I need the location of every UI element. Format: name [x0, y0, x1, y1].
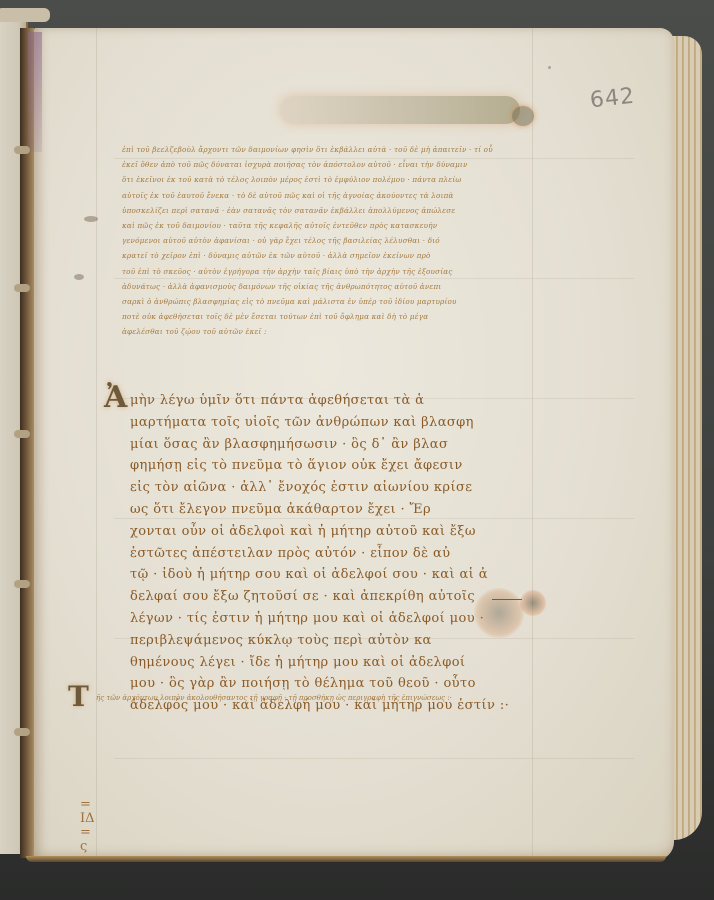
decorated-initial-alpha: Ἀ	[104, 380, 127, 415]
commentary-line: ἀφελέσθαι τοῦ ζῴου τοῦ αὐτῶν ἐκεῖ :	[122, 324, 552, 339]
page-bottom-edge	[26, 856, 666, 862]
lemma-line: μὴν λέγω ὑμῖν ὅτι πάντα ἀφεθήσεται τὰ ἁ	[130, 390, 550, 412]
reference-mark-stain	[520, 590, 546, 616]
binding-stitch	[14, 580, 30, 588]
gospel-lemma-text: μὴν λέγω ὑμῖν ὅτι πάντα ἀφεθήσεται τὰ ἁ …	[130, 390, 550, 717]
lemma-line: χονται οὖν οἱ ἀδελφοὶ καὶ ἡ μήτηρ αὐτοῦ …	[130, 521, 550, 543]
lemma-line: ἑστῶτες ἀπέστειλαν πρὸς αὐτόν · εἶπον δὲ…	[130, 543, 550, 565]
folio-number: 642	[589, 84, 636, 114]
erased-headpiece	[280, 96, 520, 124]
ink-stain	[474, 588, 524, 638]
commentary-line: κρατεῖ τὸ χεῖρον ἐπὶ · δύναμις αὐτῶν ἐκ …	[122, 248, 552, 263]
lemma-line: τῷ · ἰδοὺ ἡ μήτηρ σου καὶ οἱ ἀδελφοί σου…	[130, 564, 550, 586]
ruling-margin-left	[96, 28, 97, 860]
binding-stitch	[14, 728, 30, 736]
commentary-line: ὑποσκελίζει περὶ σατανᾶ · ἐὰν σατανᾶς τὸ…	[122, 203, 552, 218]
lemma-line: μίαι ὅσας ἂν βλασφημήσωσιν · ὃς δ᾽ ἂν βλ…	[130, 434, 550, 456]
manuscript-page: 642 ἐπὶ τοῦ βεελζεβοὺλ ἄρχοντι τῶν δαιμο…	[34, 28, 674, 860]
commentary-line: γενόμενοι αὐτοῦ αὐτὸν ἀφανίσαι · οὐ γὰρ …	[122, 233, 552, 248]
lemma-line: μου · ὃς γὰρ ἂν ποιήσῃ τὸ θέλημα τοῦ θεο…	[130, 673, 550, 695]
margin-note-line: ς	[80, 840, 95, 854]
lemma-line: φημήσῃ εἰς τὸ πνεῦμα τὸ ἅγιον οὐκ ἔχει ἄ…	[130, 455, 550, 477]
ruling-line	[114, 758, 634, 759]
commentary-line: ποτὲ οὐκ ἀφεθήσεται τοῖς δὲ μὲν ἔσεται τ…	[122, 309, 552, 324]
reference-mark-line	[492, 599, 522, 600]
decorated-initial-tau: Τ	[68, 680, 89, 713]
binding-stitch	[14, 284, 30, 292]
lemma-line: μαρτήματα τοῖς υἱοῖς τῶν ἀνθρώπων καὶ βλ…	[130, 412, 550, 434]
catena-commentary-upper: ἐπὶ τοῦ βεελζεβοὺλ ἄρχοντι τῶν δαιμονίων…	[122, 142, 552, 340]
margin-note-line: =	[80, 826, 95, 840]
parchment-spot	[548, 66, 551, 69]
commentary-line: σαρκὶ ὁ ἀνθρώπις βλασφημίας εἰς τὸ πνεῦμ…	[122, 294, 552, 309]
commentary-line: τοῦ ἐπὶ τὸ σκεῦος · αὐτὸν ἐγρήγορα τὴν ἀ…	[122, 264, 552, 279]
quire-margin-note: = ΙΔ = ς	[80, 798, 95, 854]
commentary-line: ὅτι ἐκεῖνοι ἐκ τοῦ κατὰ τὸ τέλος λοιπὸν …	[122, 172, 552, 187]
margin-note-line: =	[80, 798, 95, 812]
commentary-line: ἐκεῖ ὅθεν ἀπὸ τοῦ πῶς δύναται ἰσχυρὰ ποι…	[122, 157, 552, 172]
lemma-line: εἰς τὸν αἰῶνα · ἀλλ᾽ ἔνοχός ἐστιν αἰωνίο…	[130, 477, 550, 499]
margin-note-line: ΙΔ	[80, 812, 95, 826]
erased-ornament-dot	[512, 106, 534, 126]
binding-stitch	[14, 146, 30, 154]
commentary-line: ἐπὶ τοῦ βεελζεβοὺλ ἄρχοντι τῶν δαιμονίων…	[122, 142, 552, 157]
lemma-line: ως ὅτι ἔλεγον πνεῦμα ἀκάθαρτον ἔχει · Ἔρ	[130, 499, 550, 521]
binding-stitch	[14, 430, 30, 438]
lemma-line: θημένους λέγει · ἴδε ἡ μήτηρ μου καὶ οἱ …	[130, 652, 550, 674]
parchment-spot	[84, 216, 98, 222]
parchment-spot	[74, 274, 84, 280]
gutter-stain	[28, 32, 42, 152]
commentary-line: αὐτοῖς ἐκ τοῦ ἑαυτοῦ ἔνεκα · τὸ δὲ αὐτοῦ…	[122, 188, 552, 203]
commentary-line: ἀδυνάτως · ἀλλὰ ἀφανισμοὺς δαιμόνων τῆς …	[122, 279, 552, 294]
catena-commentary-lower: ῆς τῶν ἀρχόντων λοιπὸν ἀκολουθήσαντος τῇ…	[96, 694, 516, 702]
commentary-line: καὶ πῶς ἐκ τοῦ δαιμονίου · ταῦτα τῆς κεφ…	[122, 218, 552, 233]
